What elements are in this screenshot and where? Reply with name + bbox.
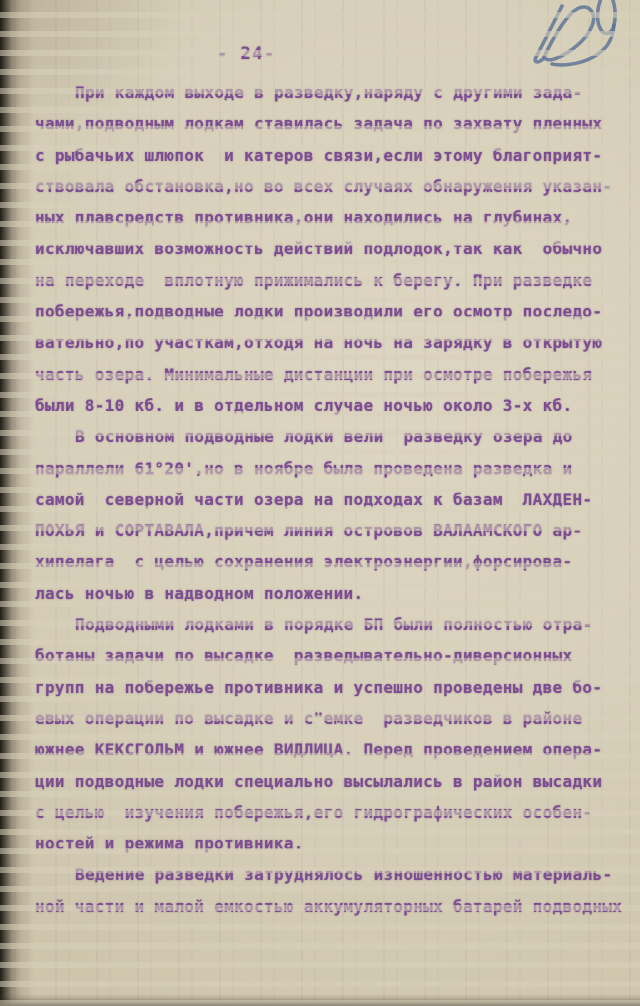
text-line: ностей и режима противника.	[35, 828, 625, 859]
text-line: были 8-10 кб. и в отдельном случае ночью…	[35, 390, 625, 421]
text-line: южнее КЕКСГОЛЬМ и южнее ВИДЛИЦА. Перед п…	[35, 734, 625, 765]
text-line: исключавших возможность действий подлодо…	[35, 233, 625, 264]
handwritten-folio-number	[508, 0, 640, 84]
text-line: с целью изучения побережья,его гидрограф…	[35, 797, 625, 828]
text-line: часть озера. Минимальные дистанции при о…	[35, 359, 625, 390]
text-line: хипелага с целью сохранения электроэнерг…	[35, 546, 625, 577]
text-line: ции подводные лодки специально высылалис…	[35, 766, 625, 797]
text-line: самой северной части озера на подходах к…	[35, 484, 625, 515]
scan-shadow-bottom-edge	[0, 994, 640, 1006]
typed-page-number: - 24-	[217, 44, 276, 64]
document-text-body: При каждом выходе в разведку,наряду с др…	[35, 77, 625, 922]
text-line: ботаны задачи по высадке разведывательно…	[35, 640, 625, 671]
text-line: ных плавсредств противника,они находилис…	[35, 202, 625, 233]
text-line: параллели 61°20',но в ноябре была провед…	[35, 453, 625, 484]
text-line: чами,подводным лодкам ставилась задача п…	[35, 108, 625, 139]
scan-shadow-left-edge	[0, 0, 34, 1006]
text-line: на переходе вплотную прижимались к берег…	[35, 265, 625, 296]
scanned-document-page: - 24- При каждом выходе в разведку,наряд…	[0, 0, 640, 1006]
text-line: лась ночью в надводном положении.	[35, 578, 625, 609]
text-line: евых операции по высадке и с"емке развед…	[35, 703, 625, 734]
text-line: ПОХЬЯ и СОРТАВАЛА,причем линия островов …	[35, 515, 625, 546]
text-line: Подводными лодками в порядке БП были пол…	[35, 609, 625, 640]
text-line: вательно,по участкам,отходя на ночь на з…	[35, 327, 625, 358]
text-line: ствовала обстановка,но во всех случаях о…	[35, 171, 625, 202]
text-line: побережья,подводные лодки производили ег…	[35, 296, 625, 327]
text-line: групп на побережье противника и успешно …	[35, 672, 625, 703]
text-line: Ведение разведки затруднялось изношеннос…	[35, 859, 625, 890]
text-line: с рыбачьих шлюпок и катеров связи,если э…	[35, 140, 625, 171]
text-line: При каждом выходе в разведку,наряду с др…	[35, 77, 625, 108]
text-line: В основном подводные лодки вели разведку…	[35, 421, 625, 452]
text-line: ной части и малой емкостью аккумуляторны…	[35, 891, 625, 922]
